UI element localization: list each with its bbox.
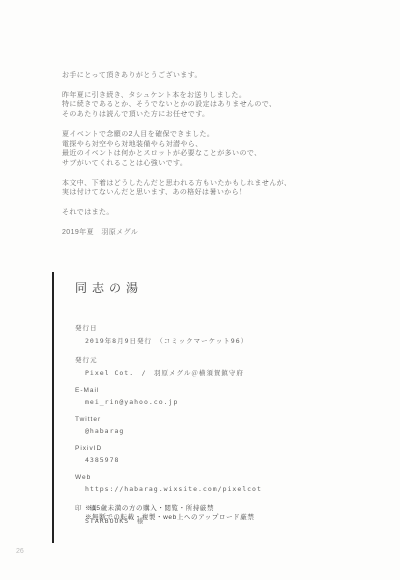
entry-label: E-Mail: [75, 387, 365, 394]
afterword-paragraph: 昨年夏に引き続き、タシュケント本をお送りしました。 特に続きであるとか、そうでな…: [62, 91, 362, 120]
entry-value: @habarag: [85, 427, 365, 435]
entry-label: 発行日: [75, 323, 365, 332]
afterword-line: 最近のイベントは何かとスロットが必要なことが多いので、: [62, 150, 262, 157]
entry-label: Web: [75, 474, 365, 481]
colophon-block: 同志の湯 発行日 2019年8月9日発行 （コミックマーケット96） 発行元 P…: [75, 279, 365, 535]
afterword-line: 夏イベントで念願の2人目を確保できました。: [62, 131, 214, 138]
restriction-notes: ※15歳未満の方の購入・閲覧・所持厳禁 ※無断での転載・複製・web上へのアップ…: [85, 505, 254, 522]
colophon-entry-web: Web https://habarag.wixsite.com/pixelcot: [75, 474, 365, 493]
afterword-line: サブがいてくれることは心強いです。: [62, 160, 187, 167]
entry-value: mei_rin@yahoo.co.jp: [85, 398, 365, 406]
afterword-paragraph: 夏イベントで念願の2人目を確保できました。 電探やら対空やら対地装備やら対潜やら…: [62, 130, 362, 169]
afterword-line: 昨年夏に引き続き、タシュケント本をお送りしました。: [62, 92, 246, 99]
afterword-paragraph: 本文中、下着はどうしたんだと思われる方もいたかもしれませんが、 実は付けてないん…: [62, 179, 362, 198]
entry-value: 4385978: [85, 456, 365, 464]
entry-label: 発行元: [75, 355, 365, 364]
entry-label: Twitter: [75, 416, 365, 423]
note-line: ※無断での転載・複製・web上へのアップロード厳禁: [85, 514, 254, 521]
entry-value: Pixel Cot. / 羽原メグル＠横須賀鎮守府: [85, 368, 365, 377]
colophon-vertical-rule: [52, 272, 54, 543]
afterword-text: お手にとって頂きありがとうございます。 昨年夏に引き続き、タシュケント本をお送り…: [62, 71, 362, 247]
afterword-line: それではまた。: [62, 209, 114, 216]
afterword-paragraph: お手にとって頂きありがとうございます。: [62, 71, 362, 81]
note-line: ※15歳未満の方の購入・閲覧・所持厳禁: [85, 505, 214, 512]
entry-label: PixivID: [75, 445, 365, 452]
entry-value: 2019年8月9日発行 （コミックマーケット96）: [85, 336, 365, 345]
colophon-entry-pixiv: PixivID 4385978: [75, 445, 365, 464]
colophon-page: お手にとって頂きありがとうございます。 昨年夏に引き続き、タシュケント本をお送り…: [0, 0, 400, 580]
afterword-signature: 2019年夏 羽原メグル: [62, 228, 362, 238]
colophon-entry-publish-date: 発行日 2019年8月9日発行 （コミックマーケット96）: [75, 323, 365, 345]
page-number: 26: [16, 548, 24, 555]
colophon-entry-email: E-Mail mei_rin@yahoo.co.jp: [75, 387, 365, 406]
afterword-line: 特に続きであるとか、そうでないとかの設定はありませんので、: [62, 101, 276, 108]
afterword-line: 本文中、下着はどうしたんだと思われる方もいたかもしれませんが、: [62, 180, 291, 187]
entry-value: https://habarag.wixsite.com/pixelcot: [85, 485, 365, 493]
afterword-line: 実は付けてないんだと思います、あの格好は暑いから！: [62, 189, 246, 196]
book-title: 同志の湯: [75, 279, 365, 296]
afterword-paragraph: それではまた。: [62, 208, 362, 218]
afterword-line: お手にとって頂きありがとうございます。: [62, 72, 202, 79]
afterword-line: そのあたりは読んで頂いた方にお任せです。: [62, 111, 209, 118]
afterword-line: 電探やら対空やら対地装備やら対潜やら、: [62, 141, 203, 148]
colophon-entry-publisher: 発行元 Pixel Cot. / 羽原メグル＠横須賀鎮守府: [75, 355, 365, 377]
colophon-entry-twitter: Twitter @habarag: [75, 416, 365, 435]
